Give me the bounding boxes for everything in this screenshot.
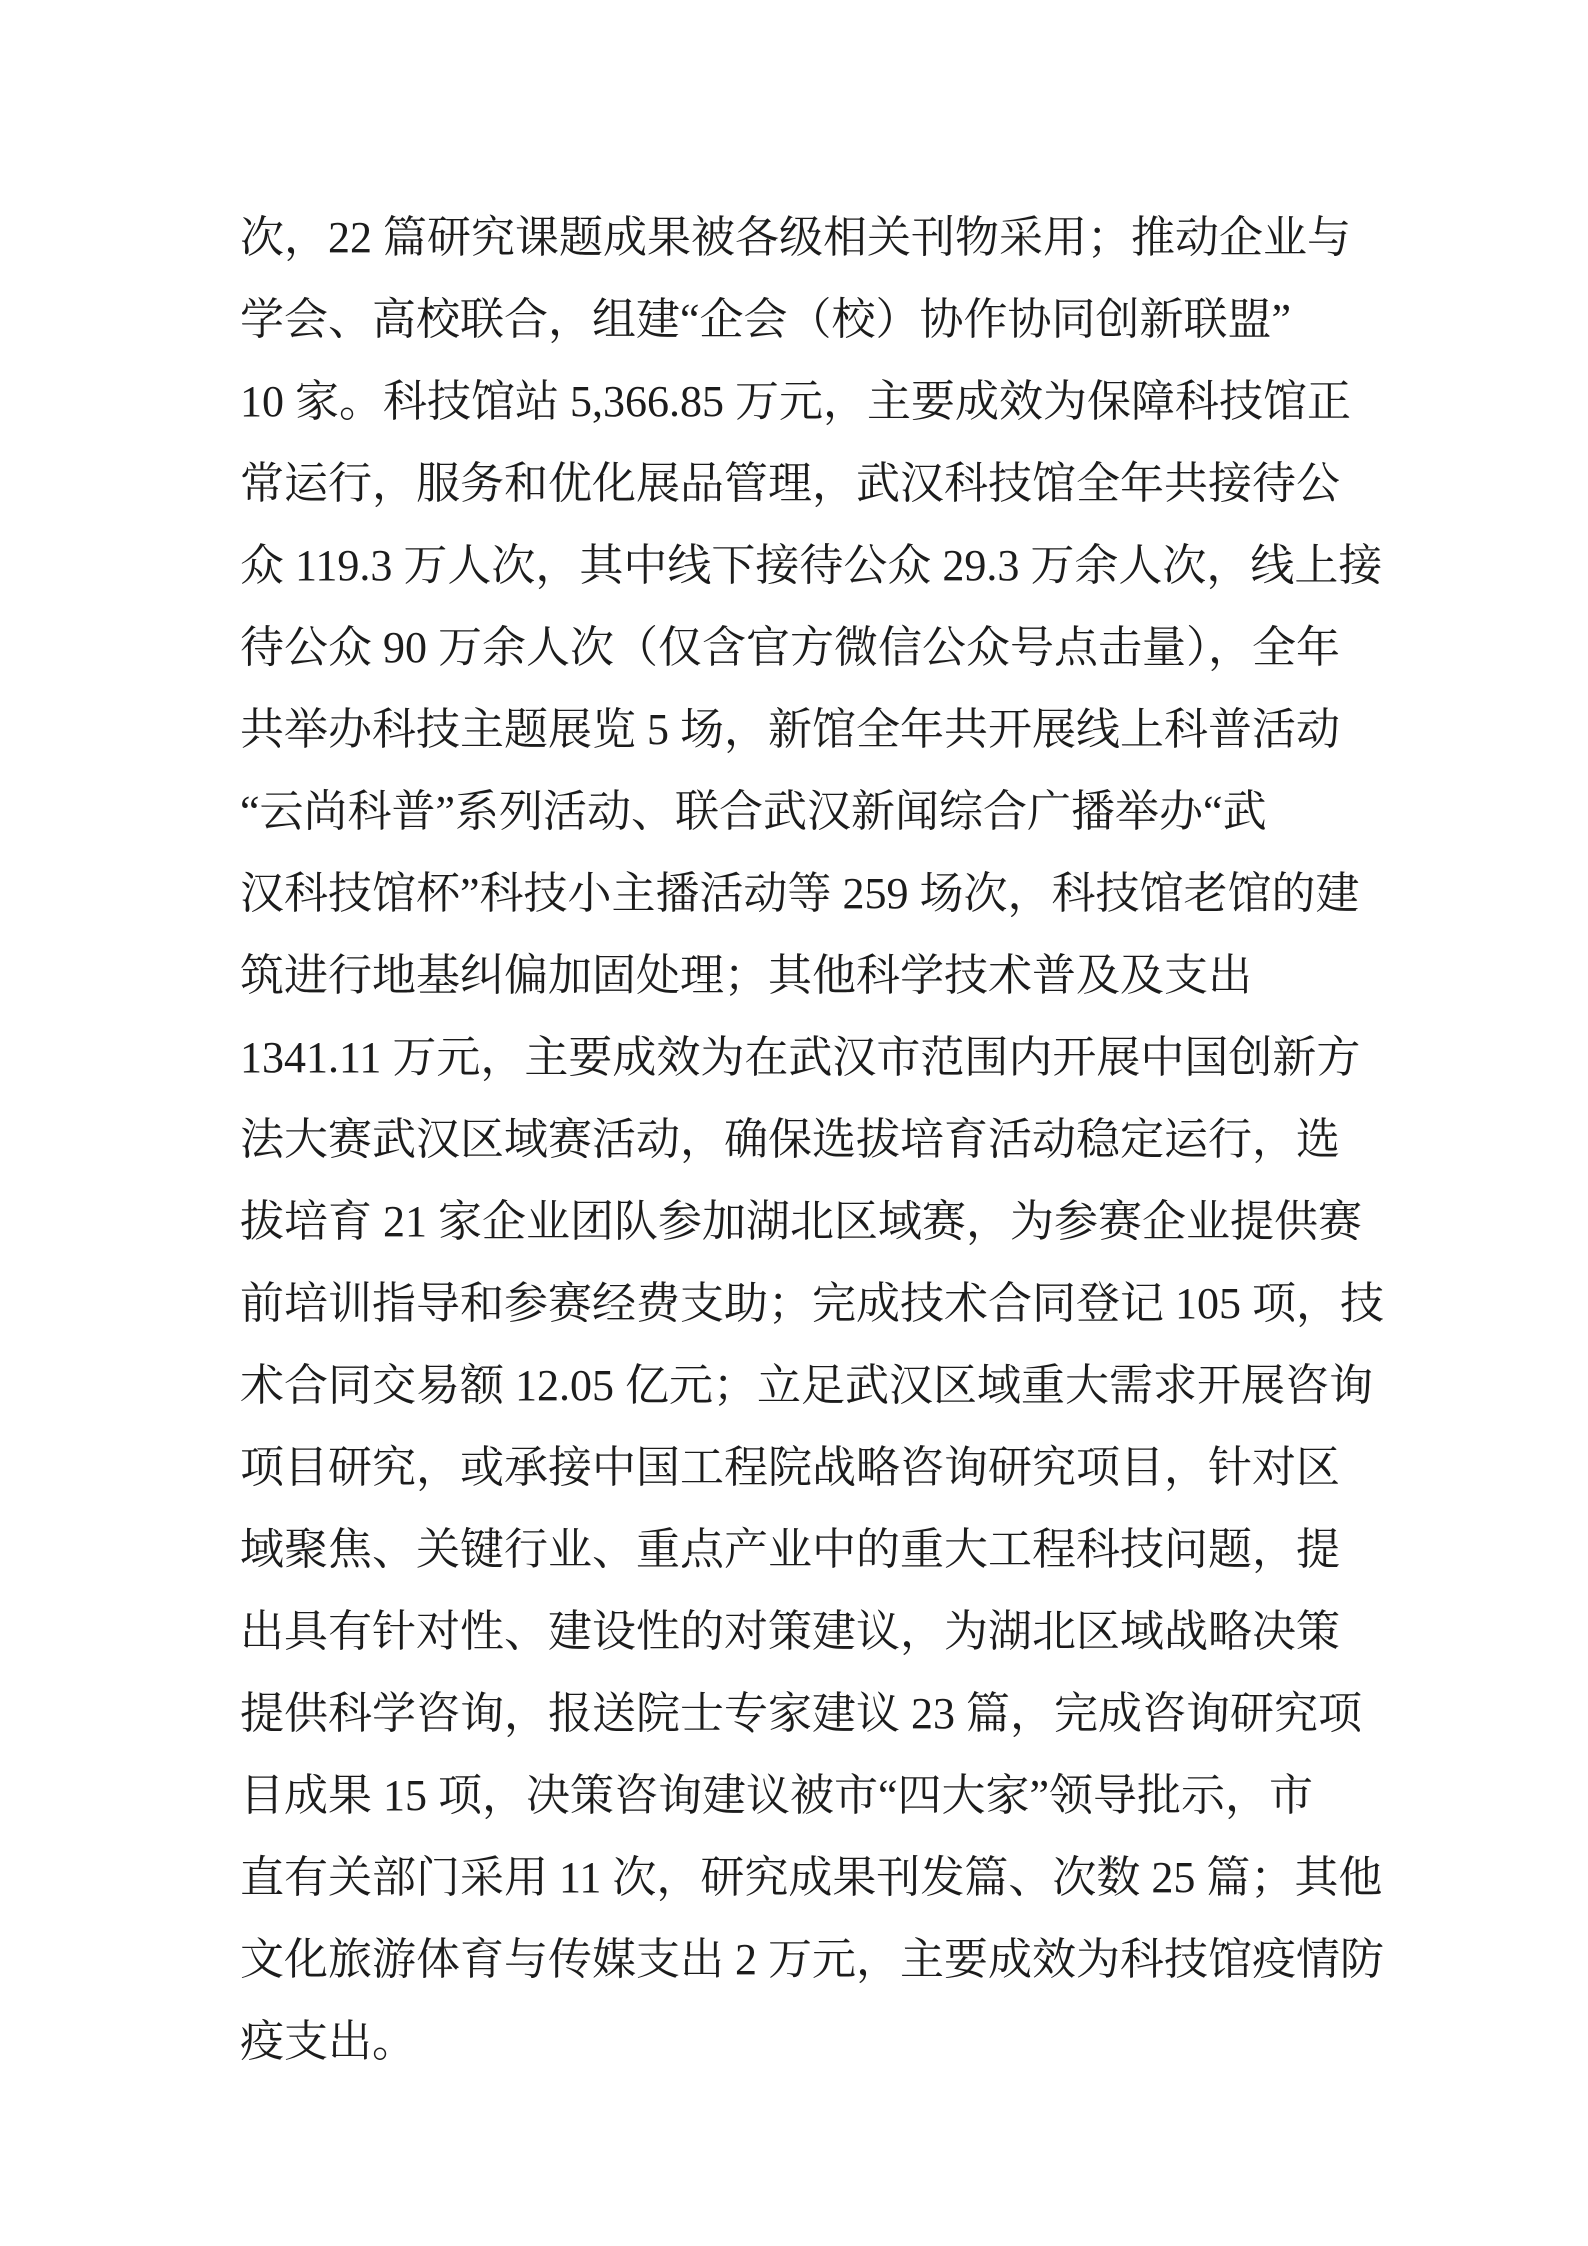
text-line: 共举办科技主题展览 5 场，新馆全年共开展线上科普活动 (240, 689, 1355, 771)
text-line: 域聚焦、关键行业、重点产业中的重大工程科技问题，提 (240, 1509, 1355, 1591)
paragraph-body: 次，22 篇研究课题成果被各级相关刊物采用；推动企业与学会、高校联合，组建“企会… (240, 197, 1355, 2083)
text-line: 前培训指导和参赛经费支助；完成技术合同登记 105 项，技 (240, 1263, 1355, 1345)
text-line: “云尚科普”系列活动、联合武汉新闻综合广播举办“武 (240, 771, 1355, 853)
text-line: 10 家。科技馆站 5,366.85 万元，主要成效为保障科技馆正 (240, 361, 1355, 443)
text-line: 术合同交易额 12.05 亿元；立足武汉区域重大需求开展咨询 (240, 1345, 1355, 1427)
text-line: 直有关部门采用 11 次，研究成果刊发篇、次数 25 篇；其他 (240, 1837, 1355, 1919)
text-line: 法大赛武汉区域赛活动，确保选拔培育活动稳定运行，选 (240, 1099, 1355, 1181)
text-line: 次，22 篇研究课题成果被各级相关刊物采用；推动企业与 (240, 197, 1355, 279)
text-line: 拔培育 21 家企业团队参加湖北区域赛，为参赛企业提供赛 (240, 1181, 1355, 1263)
text-line: 出具有针对性、建设性的对策建议，为湖北区域战略决策 (240, 1591, 1355, 1673)
text-line: 文化旅游体育与传媒支出 2 万元，主要成效为科技馆疫情防 (240, 1919, 1355, 2001)
text-line: 学会、高校联合，组建“企会（校）协作协同创新联盟” (240, 279, 1355, 361)
text-line: 汉科技馆杯”科技小主播活动等 259 场次，科技馆老馆的建 (240, 853, 1355, 935)
text-line: 目成果 15 项，决策咨询建议被市“四大家”领导批示，市 (240, 1755, 1355, 1837)
text-line: 筑进行地基纠偏加固处理；其他科学技术普及及支出 (240, 935, 1355, 1017)
text-line: 众 119.3 万人次，其中线下接待公众 29.3 万余人次，线上接 (240, 525, 1355, 607)
text-line: 疫支出。 (240, 2001, 1355, 2083)
text-line: 1341.11 万元，主要成效为在武汉市范围内开展中国创新方 (240, 1017, 1355, 1099)
text-line: 项目研究，或承接中国工程院战略咨询研究项目，针对区 (240, 1427, 1355, 1509)
document-page: 次，22 篇研究课题成果被各级相关刊物采用；推动企业与学会、高校联合，组建“企会… (0, 0, 1588, 2246)
text-line: 待公众 90 万余人次（仅含官方微信公众号点击量），全年 (240, 607, 1355, 689)
text-line: 常运行，服务和优化展品管理，武汉科技馆全年共接待公 (240, 443, 1355, 525)
text-line: 提供科学咨询，报送院士专家建议 23 篇，完成咨询研究项 (240, 1673, 1355, 1755)
